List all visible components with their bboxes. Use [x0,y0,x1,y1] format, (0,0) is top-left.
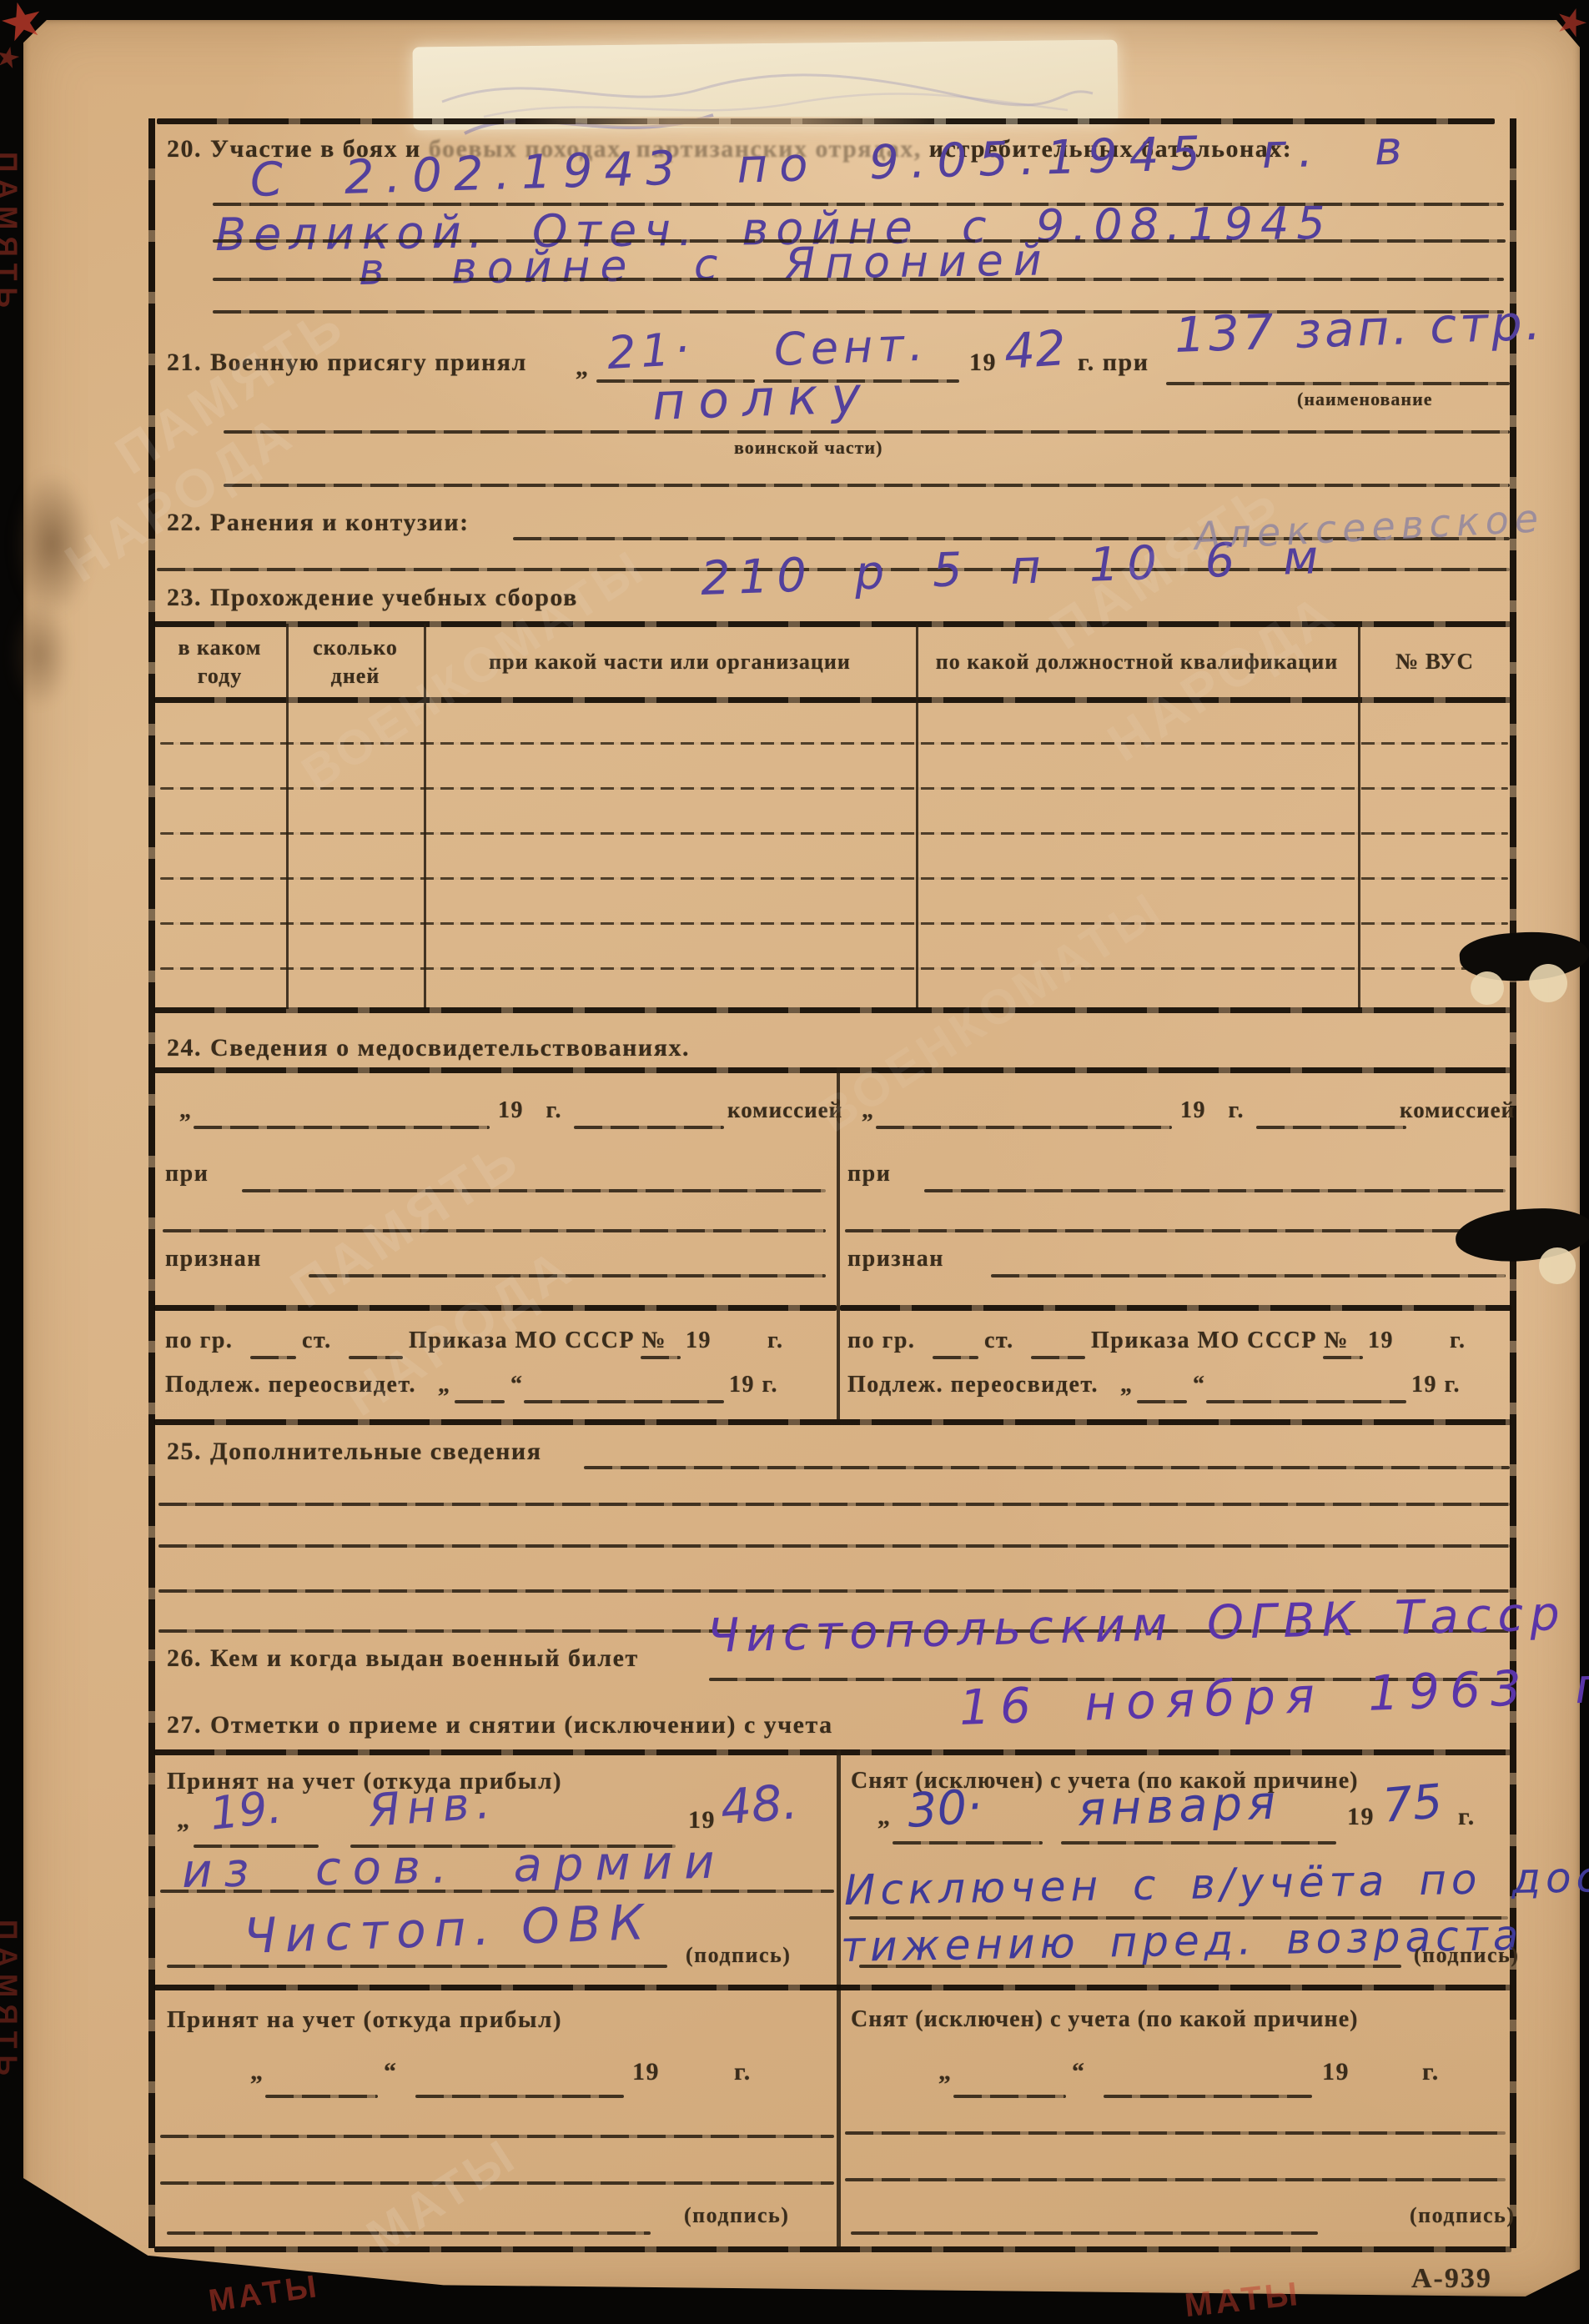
ruled-line [1061,1841,1336,1845]
handwriting-remove-year: 75 [1380,1774,1445,1834]
table-row-line [160,967,1508,970]
ruled-line [859,1965,1401,1968]
section-23-number: 23. [167,584,202,612]
section-21-label: Военную присягу принял [210,349,527,377]
ruled-line [194,1126,490,1129]
oath-year-prefix: 19 [969,349,997,377]
ruled-line [524,1400,724,1403]
watermark-pamyat-red: ПАМЯТЬ [0,152,23,314]
med-order-mo: Приказа МО СССР № [409,1328,666,1354]
removed-label-2: Снят (исключен) с учета (по какой причин… [851,2006,1358,2033]
q2-year-prefix: 19 [1347,1803,1375,1831]
handwriting-accept-month: Янв. [367,1775,499,1837]
ruled-line [415,2095,624,2098]
ruled-line [160,2181,834,2185]
signature-caption-q2: (подпись) [1414,1943,1519,1968]
grid-row-divider [154,1985,1511,1990]
med-order-st: ст. [302,1328,332,1354]
ruled-line [158,1503,1510,1506]
table-row-line [160,832,1508,835]
section-24-mid-rule [154,1305,837,1311]
stain [8,600,71,709]
section-24-mid-rule-2 [840,1305,1511,1311]
ruled-line [1323,1356,1363,1359]
watermark-pamyat-red: ПАМЯТЬ [0,1920,23,2082]
handwriting-remove-month: января [1077,1776,1281,1837]
med-order-g: г. [767,1328,784,1354]
ruled-line [953,2095,1066,2098]
section-20-number: 20. [167,135,202,163]
section-25-label: Дополнительные сведения [210,1438,541,1466]
ruled-line [851,2231,1318,2235]
ruled-line [574,1126,724,1129]
table-header-qualification: по какой должностной квалификации [918,629,1356,695]
paper-curl [1471,971,1504,1005]
ruled-line [224,484,1510,487]
section-24-bottom-rule [154,1419,1511,1425]
ruled-line [1206,1400,1406,1403]
table-column-line [424,624,426,1009]
med-at: при [165,1161,209,1187]
ruled-line [455,1400,505,1403]
handwriting-accept-year: 48. [718,1773,800,1836]
ruled-line [845,1229,1506,1232]
signature-caption-q3: (подпись) [684,2203,789,2228]
ruled-line [584,1466,1510,1469]
table-header-days: сколько дней [289,629,422,695]
table-row-line [160,787,1508,790]
section-21-number: 21. [167,349,202,377]
med-at-2: при [847,1161,891,1187]
handwriting-war-period-3: в войне с Японией [359,235,1052,295]
signature-caption-q4: (подпись) [1410,2203,1515,2228]
form-code: А-939 [1411,2263,1492,2295]
table-row-line [160,742,1508,745]
section-24-number: 24. [167,1034,202,1062]
table-row-line [160,877,1508,880]
table-column-line [1358,624,1360,1009]
ruled-line [349,1356,403,1359]
watermark-maty-red: МАТЫ [207,2269,322,2320]
ruled-line [167,2231,651,2235]
q3-year-suffix: г. [734,2058,752,2086]
ruled-line [933,1356,978,1359]
med-resurvey-year-2: 19 г. [1411,1372,1461,1398]
ruled-line [1104,2095,1312,2098]
med-commission: комиссией [727,1097,842,1123]
ruled-line [1137,1400,1187,1403]
ruled-line [160,2135,834,2138]
ruled-line [163,1229,826,1232]
grid-bottom-rule [154,2246,1511,2252]
stain [13,471,92,617]
table-header-border [154,697,1511,703]
med-year-2: 19 г. [1180,1097,1245,1124]
q4-year-suffix: г. [1422,2058,1440,2086]
handwriting-oath-day: 21· [606,323,695,379]
section-25-number: 25. [167,1438,202,1466]
section-23-label: Прохождение учебных сборов [210,584,578,612]
table-bottom-border [154,1007,1511,1013]
med-order-year-2: 19 [1368,1328,1394,1354]
med-resurvey-2: Подлеж. переосвидет. [847,1372,1099,1398]
section-24-label: Сведения о медосвидетельствованиях. [210,1034,690,1062]
ruled-line [265,2095,378,2098]
top-border-fade [517,117,951,127]
ruled-line [309,1274,826,1277]
table-column-line [916,624,918,1009]
med-resurvey-quote-2: „ [1120,1372,1134,1398]
accepted-label-2: Принят на учет (откуда прибыл) [167,2006,562,2034]
paper-curl [1539,1247,1576,1284]
q3-quote-open: „ [250,2058,264,2086]
ruled-line [158,1589,1510,1593]
table-row-line [160,922,1508,925]
section-24-top-rule [154,1067,1511,1073]
left-border-line [148,118,155,2248]
q3-year: 19 [632,2058,660,2086]
handwriting-oath-year: 42 [1003,319,1068,380]
med-resurvey-quote-close: “ [510,1372,524,1398]
q1-quote: „ [177,1806,191,1835]
handwriting-oath-unit-cont: полку [651,366,875,432]
med-resurvey: Подлеж. переосвидет. [165,1372,416,1398]
section-26-number: 26. [167,1644,202,1673]
med-quote-open-2: „ [862,1097,875,1124]
q4-year: 19 [1322,2058,1350,2086]
med-year: 19 г. [498,1097,562,1124]
ruled-line [1031,1356,1085,1359]
ruled-line [213,278,1504,281]
caption-unit-name: (наименование [1297,389,1433,410]
ruled-line [250,1356,296,1359]
scanned-military-record-page: 20. Участие в боях и боевых походах, пар… [0,0,1589,2324]
table-header-unit: при какой части или организации [425,629,914,695]
paper-curl [1529,964,1567,1002]
section-26-label: Кем и когда выдан военный билет [210,1644,639,1673]
med-order-g-2: г. [1450,1328,1466,1354]
ruled-line [893,1841,1043,1845]
q4-quote-close: “ [1072,2058,1086,2086]
med-recognized: признан [165,1246,262,1272]
ruled-line [991,1274,1506,1277]
ruled-line [167,1965,667,1968]
q2-year-suffix: г. [1458,1803,1476,1831]
section-22-label: Ранения и контузии: [210,509,470,537]
ruled-line [1166,382,1510,385]
table-column-line [286,624,289,1009]
grid-column-divider [837,1749,841,2246]
ruled-line [1256,1126,1406,1129]
med-order-gr-2: по гр. [847,1328,915,1354]
q4-quote-open: „ [938,2058,953,2086]
oath-quote-mark: „ [576,354,590,382]
oath-at-label: г. при [1078,349,1149,377]
section-27-label: Отметки о приеме и снятии (исключении) с… [210,1711,833,1739]
med-resurvey-year: 19 г. [729,1372,778,1398]
caption-unit-name-2: воинской части) [734,437,882,459]
med-resurvey-quote-close-2: “ [1193,1372,1206,1398]
ruled-line [845,2178,1506,2181]
med-recognized-2: признан [847,1246,944,1272]
signature-caption-q1: (подпись) [686,1943,791,1968]
med-commission-2: комиссией [1400,1097,1515,1123]
q2-quote: „ [877,1803,892,1831]
med-order-mo-2: Приказа МО СССР № [1091,1328,1349,1354]
watermark-star-icon: ★ [0,42,22,75]
med-order-year: 19 [686,1328,712,1354]
grid-top-rule [154,1749,1511,1755]
med-order-gr: по гр. [165,1328,233,1354]
ruled-line [158,1544,1510,1548]
med-quote-open: „ [179,1097,193,1124]
handwriting-remove-day: 30· [906,1779,983,1839]
q3-quote-close: “ [384,2058,398,2086]
table-header-year: в каком году [155,629,284,695]
ruled-line [641,1356,681,1359]
ruled-line [242,1189,826,1192]
med-order-st-2: ст. [984,1328,1014,1354]
ruled-line [224,430,1510,434]
section-27-number: 27. [167,1711,202,1739]
ruled-line [845,2131,1506,2135]
table-header-vus: № ВУС [1360,629,1510,695]
section-22-number: 22. [167,509,202,537]
ruled-line [876,1126,1172,1129]
q1-year-prefix: 19 [688,1806,716,1835]
ruled-line [160,1890,834,1893]
ruled-line [924,1189,1506,1192]
table-top-border [154,621,1511,627]
med-resurvey-quote: „ [438,1372,451,1398]
handwriting-accept-day: 19. [208,1780,284,1840]
